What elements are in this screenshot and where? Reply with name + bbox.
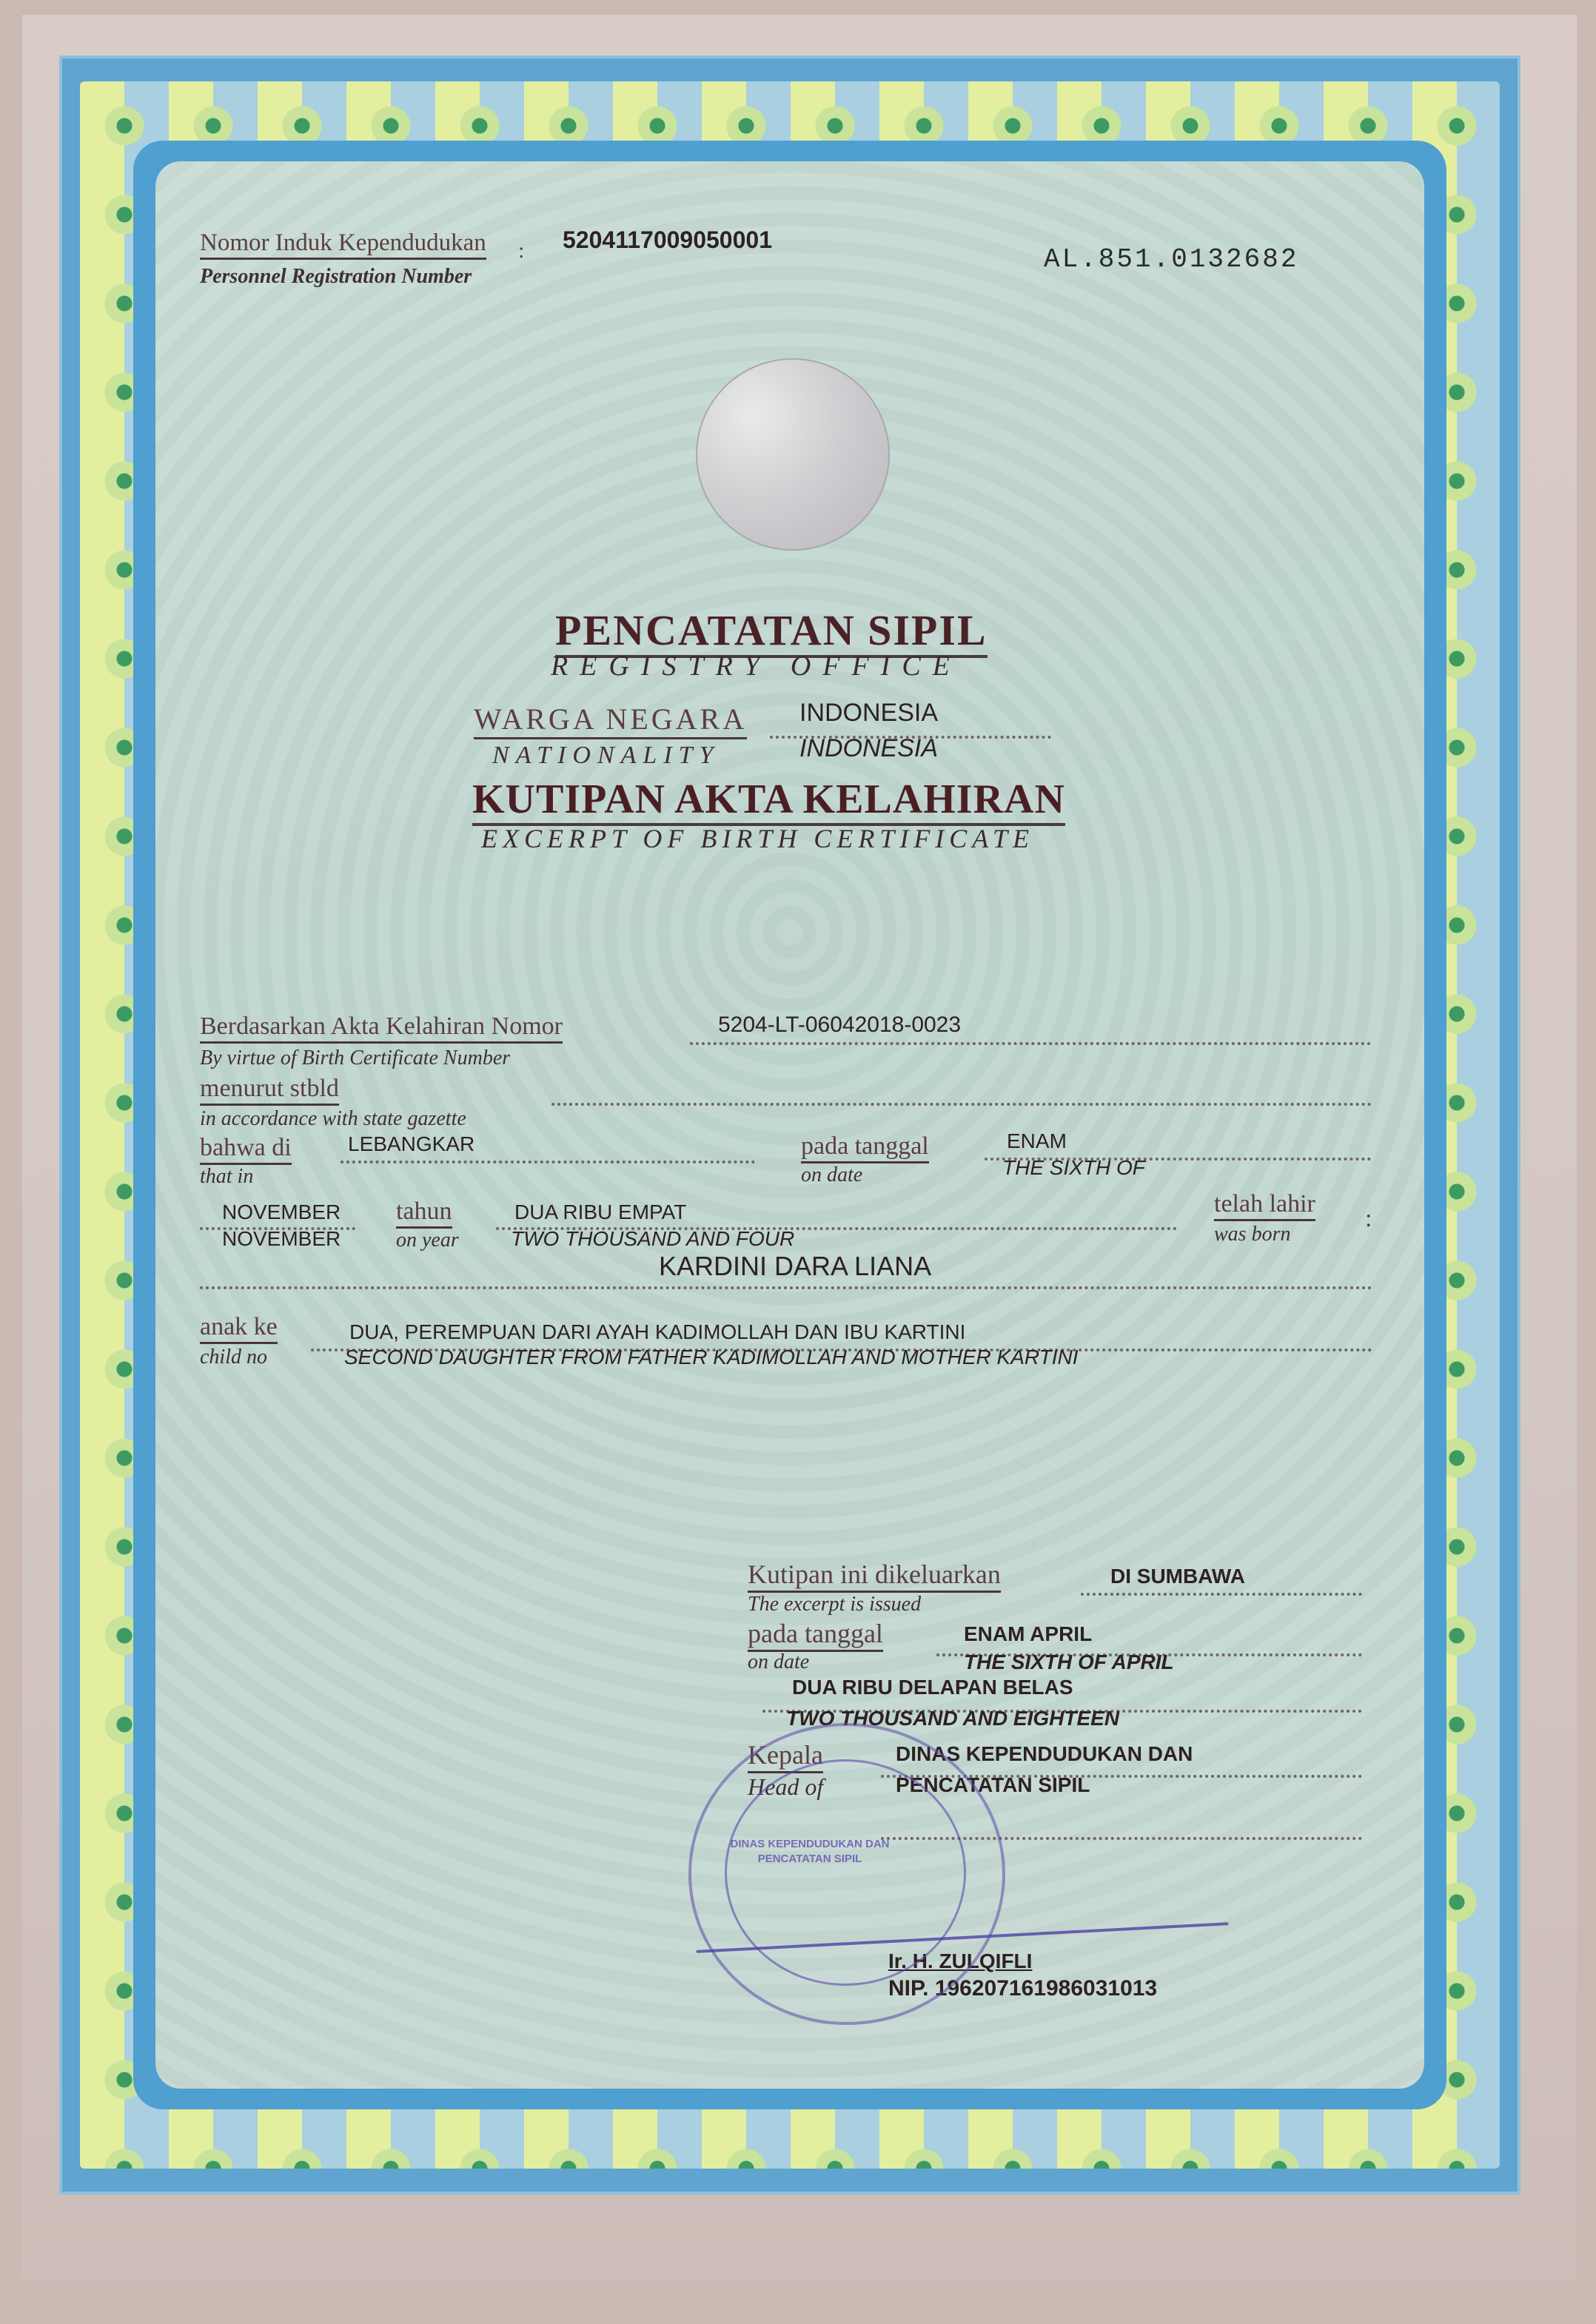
- birth-year-label: tahun: [396, 1198, 452, 1229]
- issuance-date-value-en: THE SIXTH OF APRIL: [964, 1650, 1174, 1674]
- child-name-dotted-line: [200, 1286, 1372, 1289]
- birth-date-label: pada tanggal: [801, 1132, 929, 1163]
- state-gazette-dotted-line: [551, 1103, 1372, 1106]
- issuance-date-value: ENAM APRIL: [964, 1622, 1092, 1646]
- born-label-en: was born: [1214, 1223, 1290, 1246]
- birth-month-value-en: NOVEMBER: [222, 1227, 341, 1251]
- birth-date-label-en: on date: [801, 1163, 862, 1187]
- state-gazette-label: menurut stbld: [200, 1075, 339, 1106]
- born-separator: :: [1365, 1205, 1372, 1233]
- nik-label-en: Personnel Registration Number: [200, 265, 472, 289]
- issuance-place: DI SUMBAWA: [1110, 1565, 1245, 1588]
- birth-year-value: DUA RIBU EMPAT: [514, 1200, 686, 1224]
- document-heading: KUTIPAN AKTA KELAHIRAN: [472, 776, 1065, 826]
- issuance-date-label: pada tanggal: [748, 1618, 883, 1652]
- nik-label: Nomor Induk Kependudukan: [200, 229, 486, 260]
- office-title-en: REGISTRY OFFICE: [551, 650, 962, 682]
- official-stamp-inner-ring: [725, 1759, 966, 1986]
- certificate-number-dotted-line: [690, 1042, 1371, 1045]
- child-number-value-en: SECOND DAUGHTER FROM FATHER KADIMOLLAH A…: [344, 1346, 1078, 1369]
- certificate-body: Nomor Induk Kependudukan : Personnel Reg…: [155, 161, 1424, 2089]
- birth-month-value: NOVEMBER: [222, 1200, 341, 1224]
- birth-place-dotted-line: [341, 1161, 755, 1163]
- state-gazette-label-en: in accordance with state gazette: [200, 1107, 466, 1131]
- issuance-label-en: The excerpt is issued: [748, 1593, 921, 1616]
- nik-separator: :: [518, 238, 524, 263]
- child-number-label: anak ke: [200, 1313, 278, 1344]
- birth-place-label-en: that in: [200, 1165, 253, 1189]
- issuance-year-value: DUA RIBU DELAPAN BELAS: [792, 1676, 1073, 1699]
- child-number-value: DUA, PEREMPUAN DARI AYAH KADIMOLLAH DAN …: [349, 1320, 965, 1344]
- birth-place-label: bahwa di: [200, 1134, 292, 1165]
- child-name: KARDINI DARA LIANA: [659, 1251, 931, 1282]
- birth-day-value: ENAM: [1007, 1129, 1067, 1153]
- official-stamp-icon: DINAS KEPENDUDUKAN DAN PENCATATAN SIPIL: [688, 1723, 1005, 2025]
- nationality-label-en: NATIONALITY: [492, 742, 720, 770]
- serial-number: AL.851.0132682: [1044, 244, 1298, 275]
- official-stamp-text: DINAS KEPENDUDUKAN DAN PENCATATAN SIPIL: [721, 1837, 899, 1866]
- born-label: telah lahir: [1214, 1190, 1315, 1221]
- birth-day-value-en: THE SIXTH OF: [1002, 1156, 1145, 1180]
- birth-year-value-en: TWO THOUSAND AND FOUR: [511, 1227, 794, 1251]
- child-number-label-en: child no: [200, 1346, 267, 1369]
- birth-year-label-en: on year: [396, 1229, 459, 1252]
- issuance-label: Kutipan ini dikeluarkan: [748, 1559, 1001, 1593]
- birth-place-value: LEBANGKAR: [348, 1132, 475, 1156]
- nationality-value-en: INDONESIA: [799, 734, 938, 763]
- issuance-date-label-en: on date: [748, 1650, 809, 1674]
- hologram-seal-icon: [696, 358, 890, 551]
- nationality-label: WARGA NEGARA: [474, 702, 747, 739]
- nationality-value: INDONESIA: [799, 699, 938, 728]
- issuance-place-dotted-line: [1081, 1593, 1362, 1596]
- document-heading-en: EXCERPT OF BIRTH CERTIFICATE: [481, 823, 1034, 854]
- certificate-number-label-en: By virtue of Birth Certificate Number: [200, 1047, 510, 1070]
- certificate-number-label: Berdasarkan Akta Kelahiran Nomor: [200, 1012, 563, 1044]
- certificate-number-value: 5204-LT-06042018-0023: [718, 1012, 961, 1038]
- nik-value: 5204117009050001: [563, 226, 772, 254]
